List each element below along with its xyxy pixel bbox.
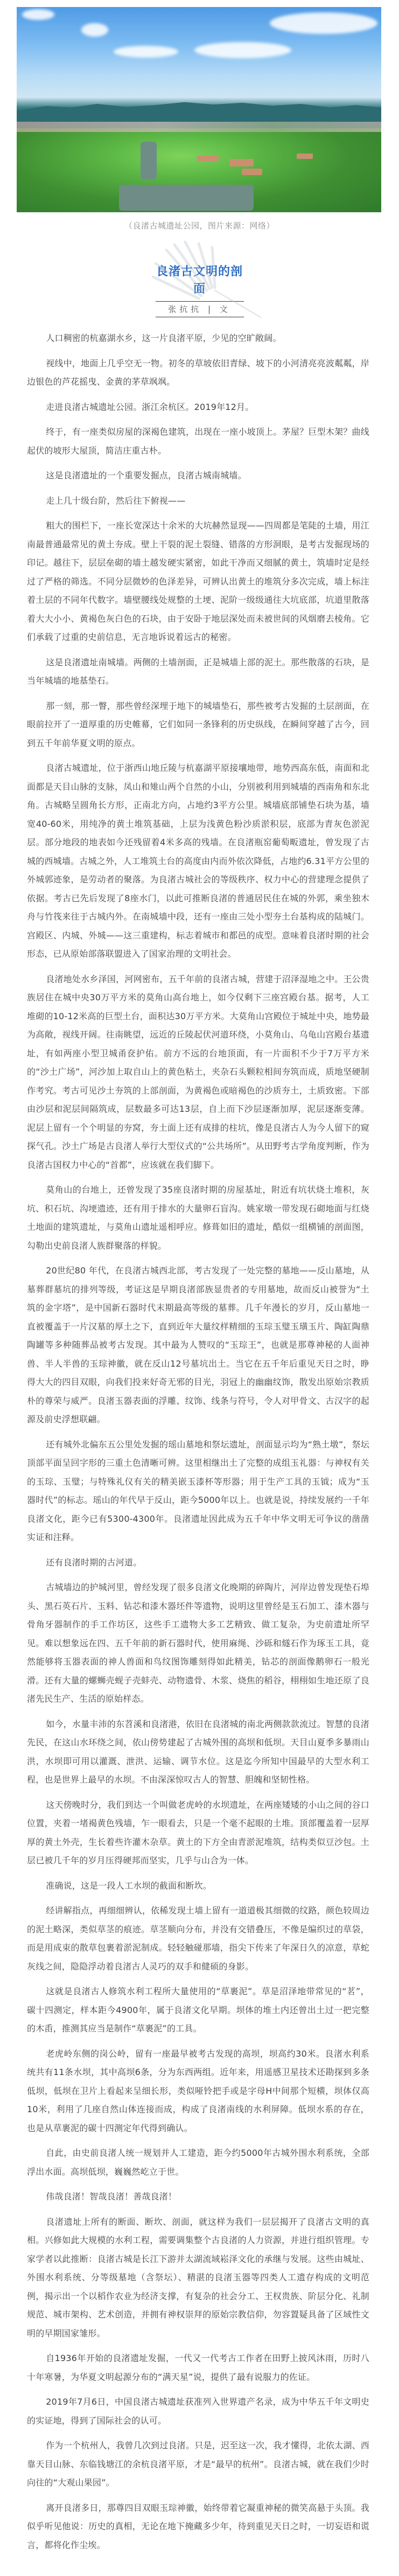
article-paragraph: 那一刻，那一瞥，那些曾经深埋于地下的城墙垫石，那些被考古发掘的土层剖面，在眼前拉…	[27, 697, 369, 753]
article-paragraph: 视线中，地面上几乎空无一物。初冬的草坡依旧青绿、坡下的小河清亮亮波粼粼，岸边银色…	[27, 354, 369, 392]
article-paragraph: 良渚地处水乡泽国，河网密布，五千年前的良渚古城，营建于沼泽湿地之中。王公贵族居住…	[27, 970, 369, 1175]
article-paragraph: 离开良渚多日，那尊四目双眼玉琮神徽，始终带着它凝重神秘的微笑高悬于头顶。我似乎听…	[27, 2499, 369, 2555]
cloud-shape	[22, 9, 54, 20]
article-paragraph: 粗大的围栏下，一座长宽深达十余米的大坑赫然显现——四周都是笔陡的土墙，用江南最普…	[27, 517, 369, 647]
article-paragraph: 良渚古城遗址，位于浙西山地丘陵与杭嘉湖平原接壤地带，地势西高东低，南面和北面都是…	[27, 759, 369, 964]
article-paragraph: 伟哉良渚！智哉良渚！善哉良渚！	[27, 2188, 369, 2206]
article-paragraph: 古城墙边的护城河里，曾经发现了很多良渚文化晚期的碎陶片，河岸边曾发现垫石埠头、黑…	[27, 1578, 369, 1709]
aerial-photo	[17, 7, 381, 212]
building-roof-shape	[229, 159, 254, 166]
article-paragraph: 良渚遗址上所有的断面、断坎、剖面，就这样为我们一层层揭开了良渚古文明的真相。兴修…	[27, 2213, 369, 2343]
cloud-shape	[194, 42, 291, 58]
cloud-shape	[81, 23, 108, 37]
article-paragraph: 这就是良渚古人修筑水利工程所大量使用的“草裹泥”。草是沼泽地带常见的“茗”，碳十…	[27, 1982, 369, 2038]
article-paragraph: 走上几十级台阶，然后往下俯视——	[27, 492, 369, 511]
article-paragraph: 人口稠密的杭嘉湖水乡，这一片良渚平原，少见的空旷敞阔。	[27, 329, 369, 348]
article-paragraph: 自1936年开始的良渚遗址发掘，一代又一代考古工作者在田野上披风沐雨，历时八十年…	[27, 2349, 369, 2386]
pond-shape	[141, 142, 157, 179]
cloud-shape	[270, 12, 377, 34]
article-paragraph: 准确说，这是一段人工水坝的截面和断坎。	[27, 1877, 369, 1896]
author-byline: 张抗抗 | 文	[156, 301, 244, 317]
article-paragraph: 老虎岭东侧的岗公岭，留有一座最早被考古发现的高坝，坝高约30米。良渚水利系统共有…	[27, 2045, 369, 2138]
article-title: 良渚古文明的剖面	[156, 263, 244, 298]
building-roof-shape	[242, 169, 262, 175]
article-paragraph: 还有良渚时期的古河道。	[27, 1554, 369, 1572]
article-paragraph: 还有城外北偏东五公里处发掘的瑶山墓地和祭坛遗址，剖面显示均为“熟土墩”，祭坛顶部…	[27, 1436, 369, 1547]
town-strip-shape	[17, 122, 381, 133]
building-roof-shape	[197, 156, 219, 161]
article-paragraph: 20世纪80 年代，在良渚古城西北部，考古发现了一处完整的墓地——反山墓地，从墓…	[27, 1262, 369, 1429]
article-paragraph: 2019年7月6日，中国良渚古城遗址获准列入世界遗产名录，成为中华五千年文明史的…	[27, 2393, 369, 2430]
article-body: 人口稠密的杭嘉湖水乡，这一片良渚平原，少见的空旷敞阔。视线中，地面上几乎空无一物…	[0, 329, 399, 2554]
article-paragraph: 经讲解指点，再细细辨认，依稀发现土墙上留有一道道极其细微的纹路，颜色较周边的泥土…	[27, 1902, 369, 1976]
photo-caption: （良渚古城遗址公园，图片来源：网络）	[0, 220, 399, 231]
article-paragraph: 这是良渚遗址的一个重要发掘点，良渚古城南城墙。	[27, 467, 369, 485]
article-paragraph: 自此，由史前良渚人统一规划并人工建造，距今约5000年古城外围水利系统，全部浮出…	[27, 2144, 369, 2181]
article-page: （良渚古城遗址公园，图片来源：网络） 良渚古文明的剖面 张抗抗 | 文 人口稠密…	[0, 7, 399, 2554]
article-paragraph: 这天傍晚时分，我们到达一个叫做老虎岭的水坝遗址，在两座矮矮的小山之间的谷口位置，…	[27, 1796, 369, 1870]
article-paragraph: 作为一个杭州人，我曾几次到过良渚。只是，迟至这一次，我才懂得，北依太湖、西靠天目…	[27, 2436, 369, 2493]
article-paragraph: 这是良渚遗址南城墙。两侧的土墙剖面，正是城墙上部的泥土。那些散落的石块，是当年城…	[27, 653, 369, 691]
article-paragraph: 如今，水量丰沛的东苕溪和良渚港，依旧在良渚城的南北两侧款款流过。智慧的良渚先民，…	[27, 1715, 369, 1790]
building-roof-shape	[297, 154, 313, 159]
article-paragraph: 终于，有一座类似房屋的深褐色建筑，出现在一座小坡顶上。茅屋？巨型木架？曲线起伏的…	[27, 423, 369, 460]
pond-shape	[119, 185, 254, 211]
article-paragraph: 莫角山的台地上，还曾发现了35座良渚时期的房屋基址，附近有坑状烧土堆积，灰坑、积…	[27, 1181, 369, 1255]
title-block: 良渚古文明的剖面 张抗抗 | 文	[156, 263, 244, 317]
cloud-shape	[114, 46, 178, 58]
article-paragraph: 走进良渚古城遗址公园。浙江余杭区。2019年12月。	[27, 398, 369, 417]
